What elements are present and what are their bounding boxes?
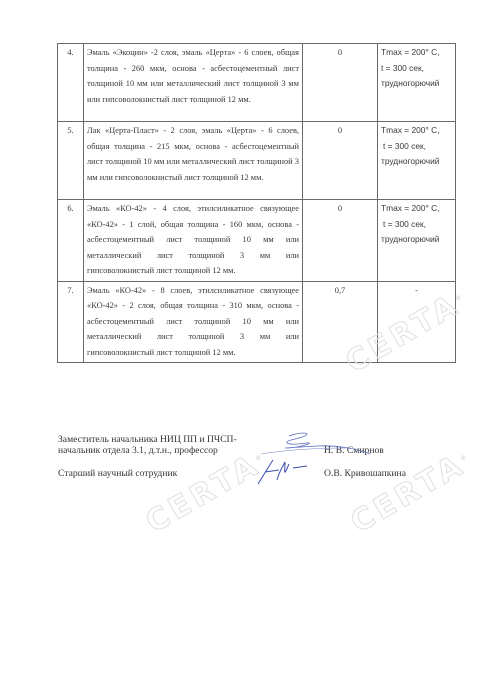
table-row: 4. Эмаль «Экоцин» -2 слоя, эмаль «Церта»… — [58, 44, 456, 122]
coating-description: Эмаль «КО-42» - 8 слоев, этилсиликатное … — [84, 281, 303, 363]
result-dash: - — [381, 283, 452, 299]
result-tmax: Tmax = 200° C, — [381, 201, 452, 217]
result-class: трудногорючий — [381, 76, 452, 92]
row-number: 7. — [58, 281, 84, 363]
test-result: Tmax = 200° C, t = 300 сек, трудногорючи… — [378, 44, 456, 122]
test-value: 0,7 — [303, 281, 378, 363]
row-number: 5. — [58, 122, 84, 200]
test-results-table: 4. Эмаль «Экоцин» -2 слоя, эмаль «Церта»… — [57, 43, 456, 363]
handwritten-signature-icon — [255, 430, 375, 460]
row-number: 4. — [58, 44, 84, 122]
result-time: t = 300 сек, — [381, 217, 452, 233]
table-row: 6. Эмаль «КО-42» - 4 слоя, этилсиликатно… — [58, 200, 456, 282]
coating-description: Эмаль «КО-42» - 4 слоя, этилсиликатное с… — [84, 200, 303, 282]
test-value: 0 — [303, 200, 378, 282]
result-tmax: Tmax = 200° C, — [381, 45, 452, 61]
coating-description: Лак «Церта-Пласт» - 2 слоя, эмаль «Церта… — [84, 122, 303, 200]
table-row: 7. Эмаль «КО-42» - 8 слоев, этилсиликатн… — [58, 281, 456, 363]
document-page: 4. Эмаль «Экоцин» -2 слоя, эмаль «Церта»… — [0, 0, 487, 693]
result-class: трудногорючий — [381, 154, 452, 170]
test-result: - — [378, 281, 456, 363]
table-row: 5. Лак «Церта-Пласт» - 2 слоя, эмаль «Це… — [58, 122, 456, 200]
row-number: 6. — [58, 200, 84, 282]
test-result: Tmax = 200° C, t = 300 сек, трудногорючи… — [378, 200, 456, 282]
result-time: t = 300 сек, — [381, 139, 452, 155]
test-result: Tmax = 200° C, t = 300 сек, трудногорючи… — [378, 122, 456, 200]
handwritten-signature-icon — [255, 458, 315, 488]
test-value: 0 — [303, 122, 378, 200]
result-tmax: Tmax = 200° C, — [381, 123, 452, 139]
test-value: 0 — [303, 44, 378, 122]
result-class: трудногорючий — [381, 232, 452, 248]
coating-description: Эмаль «Экоцин» -2 слоя, эмаль «Церта» - … — [84, 44, 303, 122]
result-time: t = 300 сек, — [381, 61, 452, 77]
signatory-name: О.В. Кривошапкина — [324, 468, 406, 479]
